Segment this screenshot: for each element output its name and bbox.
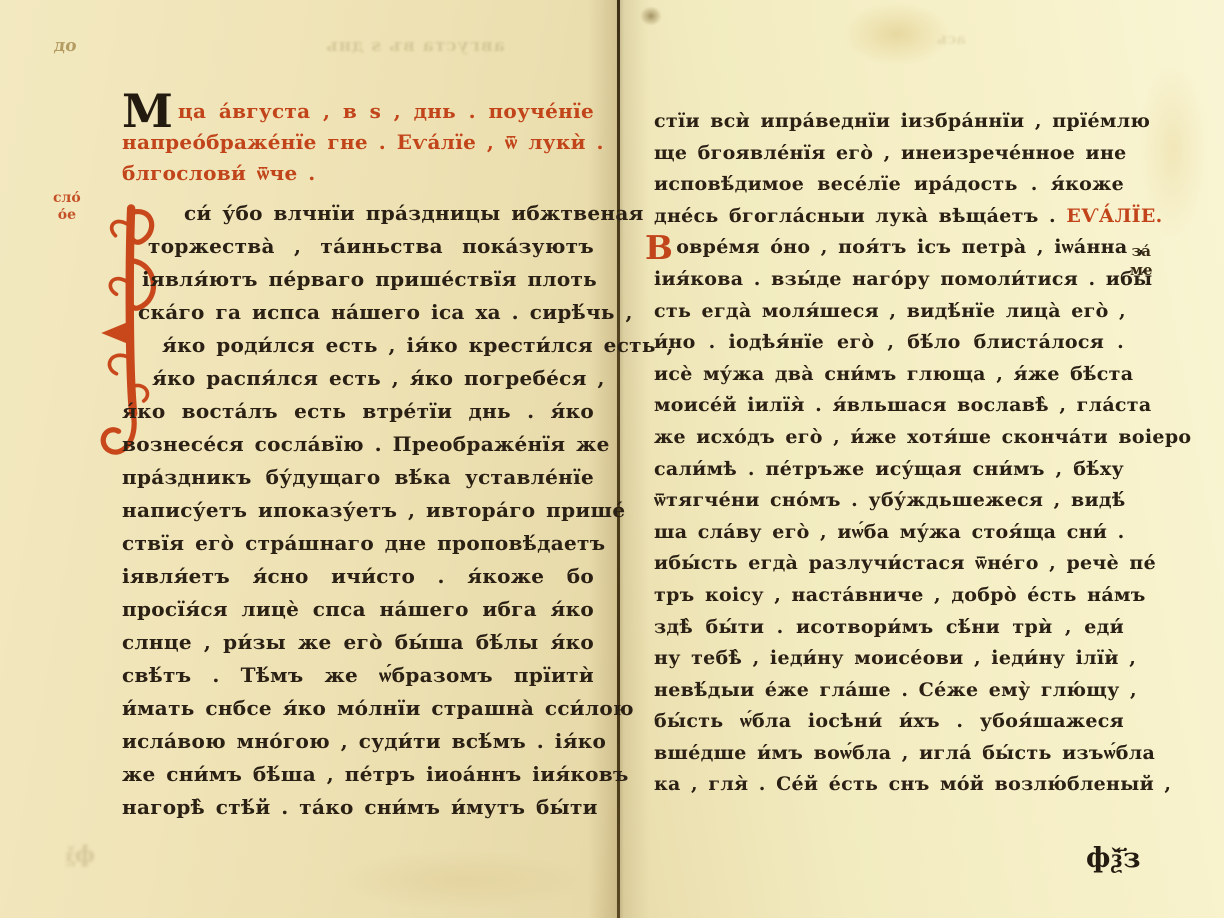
text-line: Мца а́вгуста , в ѕ , днь . поуче́нїе: [122, 96, 594, 127]
body-text: ша сла́ву его̀ , иѡ́ба му́жа стоя́ща сни…: [654, 521, 1125, 543]
text-line: исповѣ́димое весе́лїе ира́дость . я́коже: [654, 169, 1124, 201]
folio-number: фѯ҃з: [1086, 843, 1141, 874]
margin-note-line: сло́: [53, 190, 81, 207]
body-text: исповѣ́димое весе́лїе ира́дость . я́коже: [654, 173, 1124, 195]
text-line: сть егда̀ моля́шеся , видѣ́нїе лица̀ его…: [654, 296, 1124, 328]
text-line: я́ко роди́лся есть , ія́ко крести́лся ес…: [122, 329, 594, 362]
text-line: я́ко распя́лся есть , я́ко погребе́ся ,: [122, 362, 594, 395]
body-text: исѐ му́жа два̀ сни́мъ глюща , я́же бѣ́ст…: [654, 363, 1133, 385]
text-line: сали́мѣ . пе́тръже ису́щая сни́мъ , бѣ́х…: [654, 454, 1124, 486]
body-text: іявля́етъ я́сно ичи́сто . я́коже бо: [122, 564, 594, 588]
body-text: овре́мя о́но , поя́тъ ісъ петра̀ , іѡа́н…: [676, 236, 1145, 258]
body-text: исла́вою мно́гою , суди́ти всѣ́мъ . ія́к…: [122, 729, 606, 753]
text-line: свѣ́тъ . Тѣ́мъ же ѡ́бразомъ прїитѝ: [122, 659, 594, 692]
body-text: и́но . іодѣя́нїе его̀ , бѣ́ло блиста́лос…: [654, 331, 1124, 353]
text-line: исѐ му́жа два̀ сни́мъ глюща , я́же бѣ́ст…: [654, 359, 1124, 391]
text-line: здѣ̀ бы́ти . исотвори́мъ сѣ́ни трѝ , еди…: [654, 612, 1124, 644]
body-text: іия́кова . взы́де наго́ру помоли́тися . …: [654, 268, 1153, 290]
body-text: же сни́мъ бѣ́ша , пе́тръ іиоа́ннъ іия́ко…: [122, 762, 629, 786]
body-text: пра́здникъ бу́дущаго вѣ́ка уставле́нїе: [122, 465, 594, 489]
margin-note-line: о́е: [53, 207, 81, 224]
text-line: просїя́ся лицѐ спса на́шего ибга я́ко: [122, 593, 594, 626]
text-line: іявля́ютъ пе́рваго прише́ствїя плоть: [122, 263, 594, 296]
text-line: пра́здникъ бу́дущаго вѣ́ка уставле́нїе: [122, 461, 594, 494]
text-line: исла́вою мно́гою , суди́ти всѣ́мъ . ія́к…: [122, 725, 594, 758]
body-text: ибы́сть егда̀ разлучи́стася ѿне́го , реч…: [654, 552, 1156, 574]
body-text: ка , гля̀ . Се́й е́сть снъ мо́й возлю́бл…: [654, 773, 1171, 795]
body-text: си́ у́бо влчнїи пра́здницы ибжтвеная: [184, 201, 644, 225]
body-text: я́ко распя́лся есть , я́ко погребе́ся ,: [152, 366, 605, 390]
left-page-body-text: си́ у́бо влчнїи пра́здницы ибжтвенаяторж…: [122, 197, 594, 824]
text-line: напису́етъ ипоказу́етъ , ивтора́го прише…: [122, 494, 594, 527]
body-text: напису́етъ ипоказу́етъ , ивтора́го прише…: [122, 498, 625, 522]
body-text: просїя́ся лицѐ спса на́шего ибга я́ко: [122, 597, 594, 621]
text-line: слнце , ри́зы же его̀ бы́ша бѣ́лы я́ко: [122, 626, 594, 659]
body-text: торжества̀ , та́иньства пока́зуютъ: [148, 234, 594, 258]
right-page-body-text: стїи всѝ ипра́веднїи іизбра́ннїи , прїе́…: [654, 106, 1124, 801]
body-text: ну тебѣ̀ , іеди́ну моисе́ови , іеди́ну і…: [654, 647, 1136, 669]
body-text: ѿтягче́ни сно́мъ . убу́ждьшежеся , видѣ́: [654, 489, 1125, 511]
body-text: бы́сть ѡ́бла іосѣни́ и́хъ . убоя́шажеся: [654, 710, 1124, 732]
body-text: и́мать снбсе я́ко мо́лнїи страшна̀ сси́л…: [122, 696, 634, 720]
text-line: ша сла́ву его̀ , иѡ́ба му́жа стоя́ща сни…: [654, 517, 1124, 549]
text-line: іявля́етъ я́сно ичи́сто . я́коже бо: [122, 560, 594, 593]
text-line: ибы́сть егда̀ разлучи́стася ѿне́го , реч…: [654, 548, 1124, 580]
text-line: ствїя его̀ стра́шнаго дне проповѣ́даетъ: [122, 527, 594, 560]
initial-letter: В: [645, 228, 676, 267]
text-line: вше́дше и́мъ воѡ́бла , игла́ бы́сть изъѡ…: [654, 738, 1124, 770]
body-text: вознесе́ся сосла́вїю . Преображе́нїя же: [122, 432, 610, 456]
text-line: нагорѣ̀ стѣ́й . та́ко сни́мъ и́мутъ бы́т…: [122, 791, 594, 824]
body-text: іявля́ютъ пе́рваго прише́ствїя плоть: [142, 267, 597, 291]
body-text: ще бгоявле́нїя его̀ , инеизрече́нное ине: [654, 142, 1127, 164]
text-line: и́но . іодѣя́нїе его̀ , бѣ́ло блиста́лос…: [654, 327, 1124, 359]
body-text: стїи всѝ ипра́веднїи іизбра́ннїи , прїе́…: [654, 110, 1150, 132]
text-line: ѿтягче́ни сно́мъ . убу́ждьшежеся , видѣ́: [654, 485, 1124, 517]
text-line: я́ко воста́лъ есть втре́тїи днь . я́ко: [122, 395, 594, 428]
rubric-text: ца а́вгуста , в ѕ , днь . поуче́нїе: [178, 99, 594, 123]
text-line: ну тебѣ̀ , іеди́ну моисе́ови , іеди́ну і…: [654, 643, 1124, 675]
text-line: же исхо́дъ его̀ , и́же хотя́ше сконча́ти…: [654, 422, 1124, 454]
body-text: ска́го га испса на́шего іса ха . сирѣ́чь…: [138, 300, 633, 324]
left-margin-note: сло́ о́е: [53, 190, 81, 224]
body-text: сали́мѣ . пе́тръже ису́щая сни́мъ , бѣ́х…: [654, 458, 1124, 480]
text-line: напрео́браже́нїе гне . Еѵа́лїе , ѿ лукѝ …: [122, 127, 594, 158]
body-text: нагорѣ̀ стѣ́й . та́ко сни́мъ и́мутъ бы́т…: [122, 795, 598, 819]
text-line: си́ у́бо влчнїи пра́здницы ибжтвеная: [122, 197, 594, 230]
text-line: бы́сть ѡ́бла іосѣни́ и́хъ . убоя́шажеся: [654, 706, 1124, 738]
text-line: же сни́мъ бѣ́ша , пе́тръ іиоа́ннъ іия́ко…: [122, 758, 594, 791]
text-line: и́мать снбсе я́ко мо́лнїи страшна̀ сси́л…: [122, 692, 594, 725]
text-line: Вовре́мя о́но , поя́тъ ісъ петра̀ , іѡа́…: [654, 232, 1124, 264]
rubric-text: напрео́браже́нїе гне . Еѵа́лїе , ѿ лукѝ …: [122, 130, 604, 154]
text-line: іия́кова . взы́де наго́ру помоли́тися . …: [654, 264, 1124, 296]
body-text: сть егда̀ моля́шеся , видѣ́нїе лица̀ его…: [654, 300, 1126, 322]
body-text: я́ко роди́лся есть , ія́ко крести́лся ес…: [162, 333, 674, 357]
text-line: торжества̀ , та́иньства пока́зуютъ: [122, 230, 594, 263]
body-text: слнце , ри́зы же его̀ бы́ша бѣ́лы я́ко: [122, 630, 594, 654]
body-text: я́ко воста́лъ есть втре́тїи днь . я́ко: [122, 399, 594, 423]
rubric-text: блгослови́ ѿче .: [122, 161, 316, 185]
body-text: ствїя его̀ стра́шнаго дне проповѣ́даетъ: [122, 531, 605, 555]
body-text: тръ коісу , наста́вниче , добро̀ е́сть н…: [654, 584, 1146, 606]
text-line: ка , гля̀ . Се́й е́сть снъ мо́й возлю́бл…: [654, 769, 1124, 801]
left-page-heading: Мца а́вгуста , в ѕ , днь . поуче́нїенапр…: [122, 96, 594, 189]
text-line: моисе́й іилїя̀ . я́вльшася вославѣ̀ , гл…: [654, 390, 1124, 422]
text-line: блгослови́ ѿче .: [122, 158, 594, 189]
body-text: моисе́й іилїя̀ . я́вльшася вославѣ̀ , гл…: [654, 394, 1151, 416]
corner-signature-mark: до: [53, 36, 78, 56]
body-text: невѣ́дыи е́же гла́ше . Се́же ему̀ глю́щу…: [654, 679, 1137, 701]
body-text: здѣ̀ бы́ти . исотвори́мъ сѣ́ни трѝ , еди…: [654, 616, 1124, 638]
body-text: свѣ́тъ . Тѣ́мъ же ѡ́бразомъ прїитѝ: [122, 663, 594, 687]
body-text: дне́сь бгогла́сныи лука̀ вѣща́етъ .: [654, 205, 1066, 227]
text-line: ска́го га испса на́шего іса ха . сирѣ́чь…: [122, 296, 594, 329]
text-line: невѣ́дыи е́же гла́ше . Се́же ему̀ глю́щу…: [654, 675, 1124, 707]
text-line: дне́сь бгогла́сныи лука̀ вѣща́етъ . ЕѴА́…: [654, 201, 1124, 233]
body-text: же исхо́дъ его̀ , и́же хотя́ше сконча́ти…: [654, 426, 1191, 448]
text-line: стїи всѝ ипра́веднїи іизбра́ннїи , прїе́…: [654, 106, 1124, 138]
book-spread: до августа въ ѕ днь фѯ ась сло́ о́е за́ …: [0, 0, 1224, 918]
rubric-text: ЕѴА́ЛЇЕ.: [1066, 205, 1162, 227]
text-line: вознесе́ся сосла́вїю . Преображе́нїя же: [122, 428, 594, 461]
text-line: тръ коісу , наста́вниче , добро̀ е́сть н…: [654, 580, 1124, 612]
text-line: ще бгоявле́нїя его̀ , инеизрече́нное ине: [654, 138, 1124, 170]
body-text: вше́дше и́мъ воѡ́бла , игла́ бы́сть изъѡ…: [654, 742, 1155, 764]
